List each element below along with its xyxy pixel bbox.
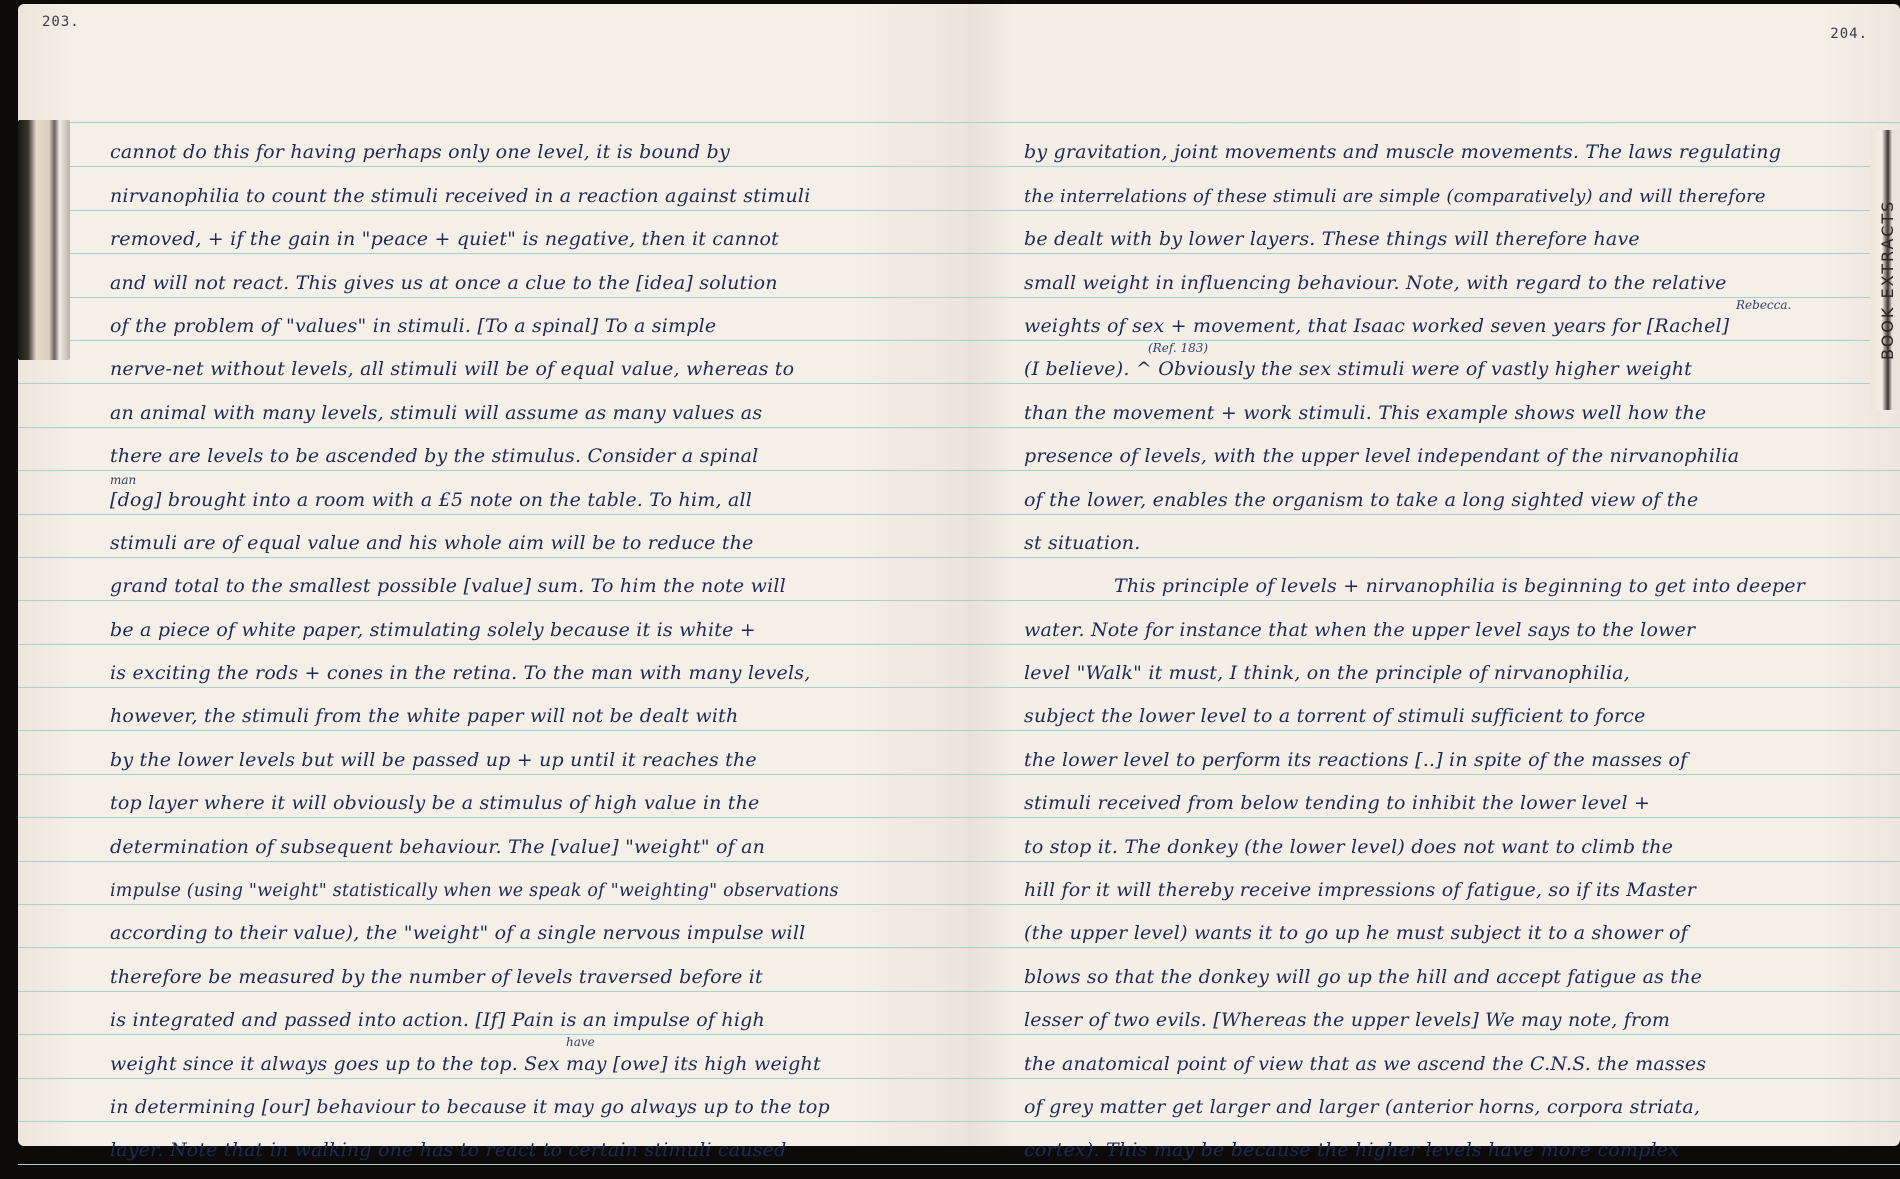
page-number-right: 204. xyxy=(1830,26,1868,42)
handwritten-line: layer. Note that in walking one has to r… xyxy=(110,1139,786,1161)
header-rule xyxy=(968,122,1900,123)
text-line: man [dog] brought into a room with a £5 … xyxy=(18,471,968,514)
handwritten-line: stimuli received from below tending to i… xyxy=(1024,792,1650,814)
text-line: of grey matter get larger and larger (an… xyxy=(968,1079,1900,1122)
text-line: stimuli are of equal value and his whole… xyxy=(18,515,968,558)
handwritten-line: subject the lower level to a torrent of … xyxy=(1024,705,1646,727)
header-rule xyxy=(18,122,968,123)
page-number-left: 203. xyxy=(42,14,80,30)
text-line: grand total to the smallest possible [va… xyxy=(18,558,968,601)
tab-label-book-extracts: BOOK EXTRACTS xyxy=(1878,160,1900,400)
handwritten-line: blows so that the donkey will go up the … xyxy=(1024,966,1702,988)
handwritten-line: This principle of levels + nirvanophilia… xyxy=(1024,575,1805,597)
text-line: have weight since it always goes up to t… xyxy=(18,1035,968,1078)
handwritten-line: presence of levels, with the upper level… xyxy=(1024,445,1739,467)
handwritten-line: weight since it always goes up to the to… xyxy=(110,1053,821,1075)
handwritten-line: st situation. xyxy=(1024,532,1140,554)
handwritten-line: than the movement + work stimuli. This e… xyxy=(1024,402,1706,424)
text-line: cortex). This may be because the higher … xyxy=(968,1122,1900,1165)
text-line: small weight in influencing behaviour. N… xyxy=(968,254,1900,297)
right-page: 204. by gravitation, joint movements and… xyxy=(968,4,1900,1146)
text-line: be dealt with by lower layers. These thi… xyxy=(968,211,1900,254)
handwritten-line: level "Walk" it must, I think, on the pr… xyxy=(1024,662,1630,684)
handwritten-line: there are levels to be ascended by the s… xyxy=(110,445,758,467)
interlinear-insertion: man xyxy=(110,473,136,487)
handwritten-line: determination of subsequent behaviour. T… xyxy=(110,836,765,858)
handwritten-line: impulse (using "weight" statistically wh… xyxy=(110,881,839,901)
handwritten-line: is exciting the rods + cones in the reti… xyxy=(110,662,810,684)
text-line: the anatomical point of view that as we … xyxy=(968,1035,1900,1078)
text-line: cannot do this for having perhaps only o… xyxy=(18,124,968,167)
handwritten-line: to stop it. The donkey (the lower level)… xyxy=(1024,836,1673,858)
text-line: therefore be measured by the number of l… xyxy=(18,948,968,991)
text-line: in determining [our] behaviour to becaus… xyxy=(18,1079,968,1122)
handwritten-line: (I believe). ^ Obviously the sex stimuli… xyxy=(1024,358,1692,380)
text-line: there are levels to be ascended by the s… xyxy=(18,428,968,471)
text-line: (the upper level) wants it to go up he m… xyxy=(968,905,1900,948)
text-line: of the problem of "values" in stimuli. [… xyxy=(18,298,968,341)
handwritten-line: according to their value), the "weight" … xyxy=(110,922,805,944)
text-line: according to their value), the "weight" … xyxy=(18,905,968,948)
text-line: presence of levels, with the upper level… xyxy=(968,428,1900,471)
handwritten-line: [dog] brought into a room with a £5 note… xyxy=(110,489,752,511)
text-line: hill for it will thereby receive impress… xyxy=(968,862,1900,905)
text-line: nerve-net without levels, all stimuli wi… xyxy=(18,341,968,384)
handwritten-line: in determining [our] behaviour to becaus… xyxy=(110,1096,830,1118)
text-line: level "Walk" it must, I think, on the pr… xyxy=(968,645,1900,688)
text-line: (Ref. 183) (I believe). ^ Obviously the … xyxy=(968,341,1900,384)
handwritten-line: the interrelations of these stimuli are … xyxy=(1024,186,1766,207)
text-line: of the lower, enables the organism to ta… xyxy=(968,471,1900,514)
notebook-spread: 203. cannot do this for having perhaps o… xyxy=(10,0,1900,1150)
handwritten-line: the lower level to perform its reactions… xyxy=(1024,749,1687,771)
text-line: by the lower levels but will be passed u… xyxy=(18,731,968,774)
handwritten-line: is integrated and passed into action. [I… xyxy=(110,1009,765,1031)
text-line: than the movement + work stimuli. This e… xyxy=(968,384,1900,427)
text-line: an animal with many levels, stimuli will… xyxy=(18,384,968,427)
text-line: by gravitation, joint movements and musc… xyxy=(968,124,1900,167)
handwritten-line: cortex). This may be because the higher … xyxy=(1024,1139,1679,1161)
right-page-lines: by gravitation, joint movements and musc… xyxy=(968,124,1900,1165)
text-line: This principle of levels + nirvanophilia… xyxy=(968,558,1900,601)
handwritten-line: and will not react. This gives us at onc… xyxy=(110,272,778,294)
text-line: determination of subsequent behaviour. T… xyxy=(18,818,968,861)
handwritten-line: stimuli are of equal value and his whole… xyxy=(110,532,754,554)
index-tab-left[interactable] xyxy=(18,120,70,360)
text-line: subject the lower level to a torrent of … xyxy=(968,688,1900,731)
interlinear-correction: Rebecca. xyxy=(1736,298,1791,312)
handwritten-line: of grey matter get larger and larger (an… xyxy=(1024,1096,1700,1118)
handwritten-line: be a piece of white paper, stimulating s… xyxy=(110,619,756,641)
text-line: impulse (using "weight" statistically wh… xyxy=(18,862,968,905)
text-line: and will not react. This gives us at onc… xyxy=(18,254,968,297)
text-line: be a piece of white paper, stimulating s… xyxy=(18,601,968,644)
handwritten-line: cannot do this for having perhaps only o… xyxy=(110,141,730,163)
handwritten-line: top layer where it will obviously be a s… xyxy=(110,792,760,814)
text-line: however, the stimuli from the white pape… xyxy=(18,688,968,731)
handwritten-line: (the upper level) wants it to go up he m… xyxy=(1024,922,1688,944)
handwritten-line: therefore be measured by the number of l… xyxy=(110,966,763,988)
text-line: is exciting the rods + cones in the reti… xyxy=(18,645,968,688)
text-line: water. Note for instance that when the u… xyxy=(968,601,1900,644)
text-line: is integrated and passed into action. [I… xyxy=(18,992,968,1035)
handwritten-line: nirvanophilia to count the stimuli recei… xyxy=(110,185,810,207)
reference-annotation: (Ref. 183) xyxy=(1148,341,1208,355)
text-line: top layer where it will obviously be a s… xyxy=(18,775,968,818)
handwritten-line: of the problem of "values" in stimuli. [… xyxy=(110,315,716,337)
handwritten-line: grand total to the smallest possible [va… xyxy=(110,575,786,597)
interlinear-insertion: have xyxy=(566,1035,595,1049)
text-line: blows so that the donkey will go up the … xyxy=(968,948,1900,991)
text-line: stimuli received from below tending to i… xyxy=(968,775,1900,818)
text-line: the interrelations of these stimuli are … xyxy=(968,167,1900,210)
handwritten-line: the anatomical point of view that as we … xyxy=(1024,1053,1706,1075)
handwritten-line: water. Note for instance that when the u… xyxy=(1024,619,1695,641)
text-line: to stop it. The donkey (the lower level)… xyxy=(968,818,1900,861)
handwritten-line: nerve-net without levels, all stimuli wi… xyxy=(110,358,794,380)
text-line: nirvanophilia to count the stimuli recei… xyxy=(18,167,968,210)
left-page: 203. cannot do this for having perhaps o… xyxy=(18,4,968,1146)
handwritten-line: an animal with many levels, stimuli will… xyxy=(110,402,762,424)
handwritten-line: by the lower levels but will be passed u… xyxy=(110,749,757,771)
text-line: the lower level to perform its reactions… xyxy=(968,731,1900,774)
handwritten-line: of the lower, enables the organism to ta… xyxy=(1024,489,1698,511)
handwritten-line: by gravitation, joint movements and musc… xyxy=(1024,141,1781,163)
handwritten-line: weights of sex + movement, that Isaac wo… xyxy=(1024,315,1729,337)
handwritten-line: removed, + if the gain in "peace + quiet… xyxy=(110,228,779,250)
handwritten-line: be dealt with by lower layers. These thi… xyxy=(1024,228,1640,250)
handwritten-line: hill for it will thereby receive impress… xyxy=(1024,879,1696,901)
handwritten-line: however, the stimuli from the white pape… xyxy=(110,705,738,727)
text-line: removed, + if the gain in "peace + quiet… xyxy=(18,211,968,254)
text-line: Rebecca. weights of sex + movement, that… xyxy=(968,298,1900,341)
text-line: layer. Note that in walking one has to r… xyxy=(18,1122,968,1165)
text-line: lesser of two evils. [Whereas the upper … xyxy=(968,992,1900,1035)
text-line: st situation. xyxy=(968,515,1900,558)
left-page-lines: cannot do this for having perhaps only o… xyxy=(18,124,968,1165)
handwritten-line: lesser of two evils. [Whereas the upper … xyxy=(1024,1009,1670,1031)
handwritten-line: small weight in influencing behaviour. N… xyxy=(1024,272,1727,294)
